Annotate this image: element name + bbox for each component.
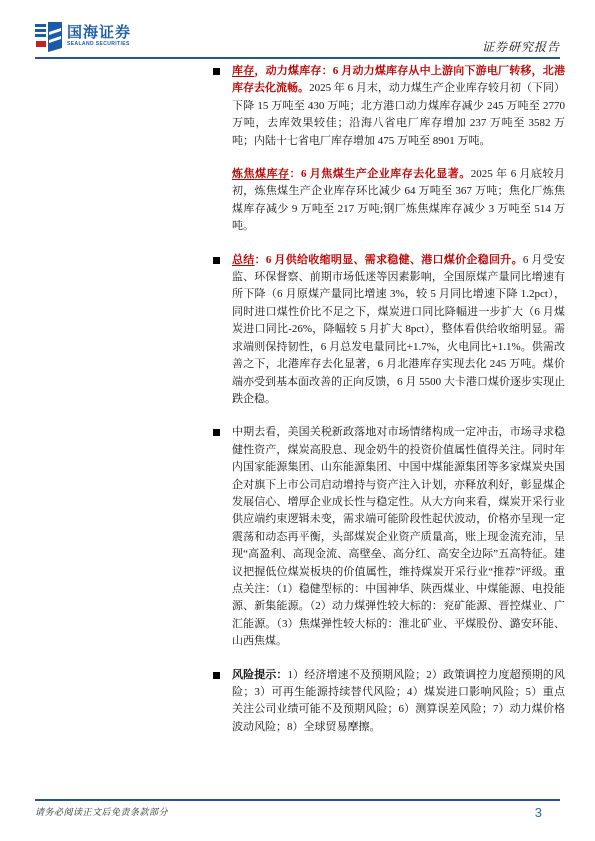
paragraph-lead: 总结：6 月供给收缩明显、需求稳健、港口煤价企稳回升。	[232, 254, 523, 266]
lead-sentence: ：6 月供给收缩明显、需求稳健、港口煤价企稳回升。	[255, 254, 523, 266]
paragraph-coal-inventory: 库存，动力煤库存：6 月动力煤库存从中上游向下游电厂转移，北港库存去化流畅。20…	[213, 63, 565, 150]
bullet-square-icon	[213, 672, 220, 679]
paragraph-text: 6 月受安监、环保督察、前期市场低迷等因素影响，全国原煤产量同比增速有所下降（6…	[232, 254, 565, 405]
brand-text: 国海证券 SEALAND SECURITIES	[67, 22, 131, 48]
bullet-square-icon	[213, 257, 220, 264]
header-divider	[35, 57, 560, 59]
paragraph-midterm-view: 中期去看，美国关税新政落地对市场情绪构成一定冲击，市场寻求稳健性资产，煤炭高股息…	[213, 424, 565, 650]
footer-disclaimer: 请务必阅读正文后免责条款部分	[35, 805, 168, 818]
paragraph-risk-warning: 风险提示：1）经济增速不及预期风险；2）政策调控力度超预期的风险；3）可再生能源…	[213, 667, 565, 737]
paragraph-summary: 总结：6 月供给收缩明显、需求稳健、港口煤价企稳回升。6 月受安监、环保督察、前…	[213, 252, 565, 409]
page-header: 国海证券 SEALAND SECURITIES 证券研究报告	[35, 20, 560, 57]
report-body: 库存，动力煤库存：6 月动力煤库存从中上游向下游电厂转移，北港库存去化流畅。20…	[213, 63, 565, 752]
brand-logo: 国海证券 SEALAND SECURITIES	[35, 22, 131, 52]
paragraph-lead: 风险提示：	[232, 669, 288, 681]
lead-keyword: 库存	[232, 65, 254, 77]
page-number: 3	[535, 805, 542, 820]
sealand-logo-icon	[35, 22, 62, 52]
report-page: 国海证券 SEALAND SECURITIES 证券研究报告 库存，动力煤库存：…	[0, 0, 595, 841]
brand-subtitle: SEALAND SECURITIES	[67, 41, 131, 48]
brand-name: 国海证券	[67, 25, 131, 41]
report-type-label: 证券研究报告	[482, 38, 560, 55]
paragraph-text: 中期去看，美国关税新政落地对市场情绪构成一定冲击，市场寻求稳健性资产，煤炭高股息…	[232, 426, 565, 647]
bullet-square-icon	[213, 429, 220, 436]
paragraph-coking-coal-inventory: 炼焦煤库存：6 月焦煤生产企业库存去化显著。2025 年 6 月底较月初，炼焦煤…	[213, 166, 565, 236]
page-footer: 请务必阅读正文后免责条款部分 3	[35, 799, 560, 820]
lead-sentence: ：6 月焦煤生产企业库存去化显著。	[290, 168, 471, 180]
paragraph-lead: 炼焦煤库存：6 月焦煤生产企业库存去化显著。	[232, 168, 471, 180]
lead-keyword: 总结	[232, 254, 255, 266]
lead-keyword: 炼焦煤库存	[232, 168, 290, 180]
bullet-square-icon	[213, 68, 220, 75]
